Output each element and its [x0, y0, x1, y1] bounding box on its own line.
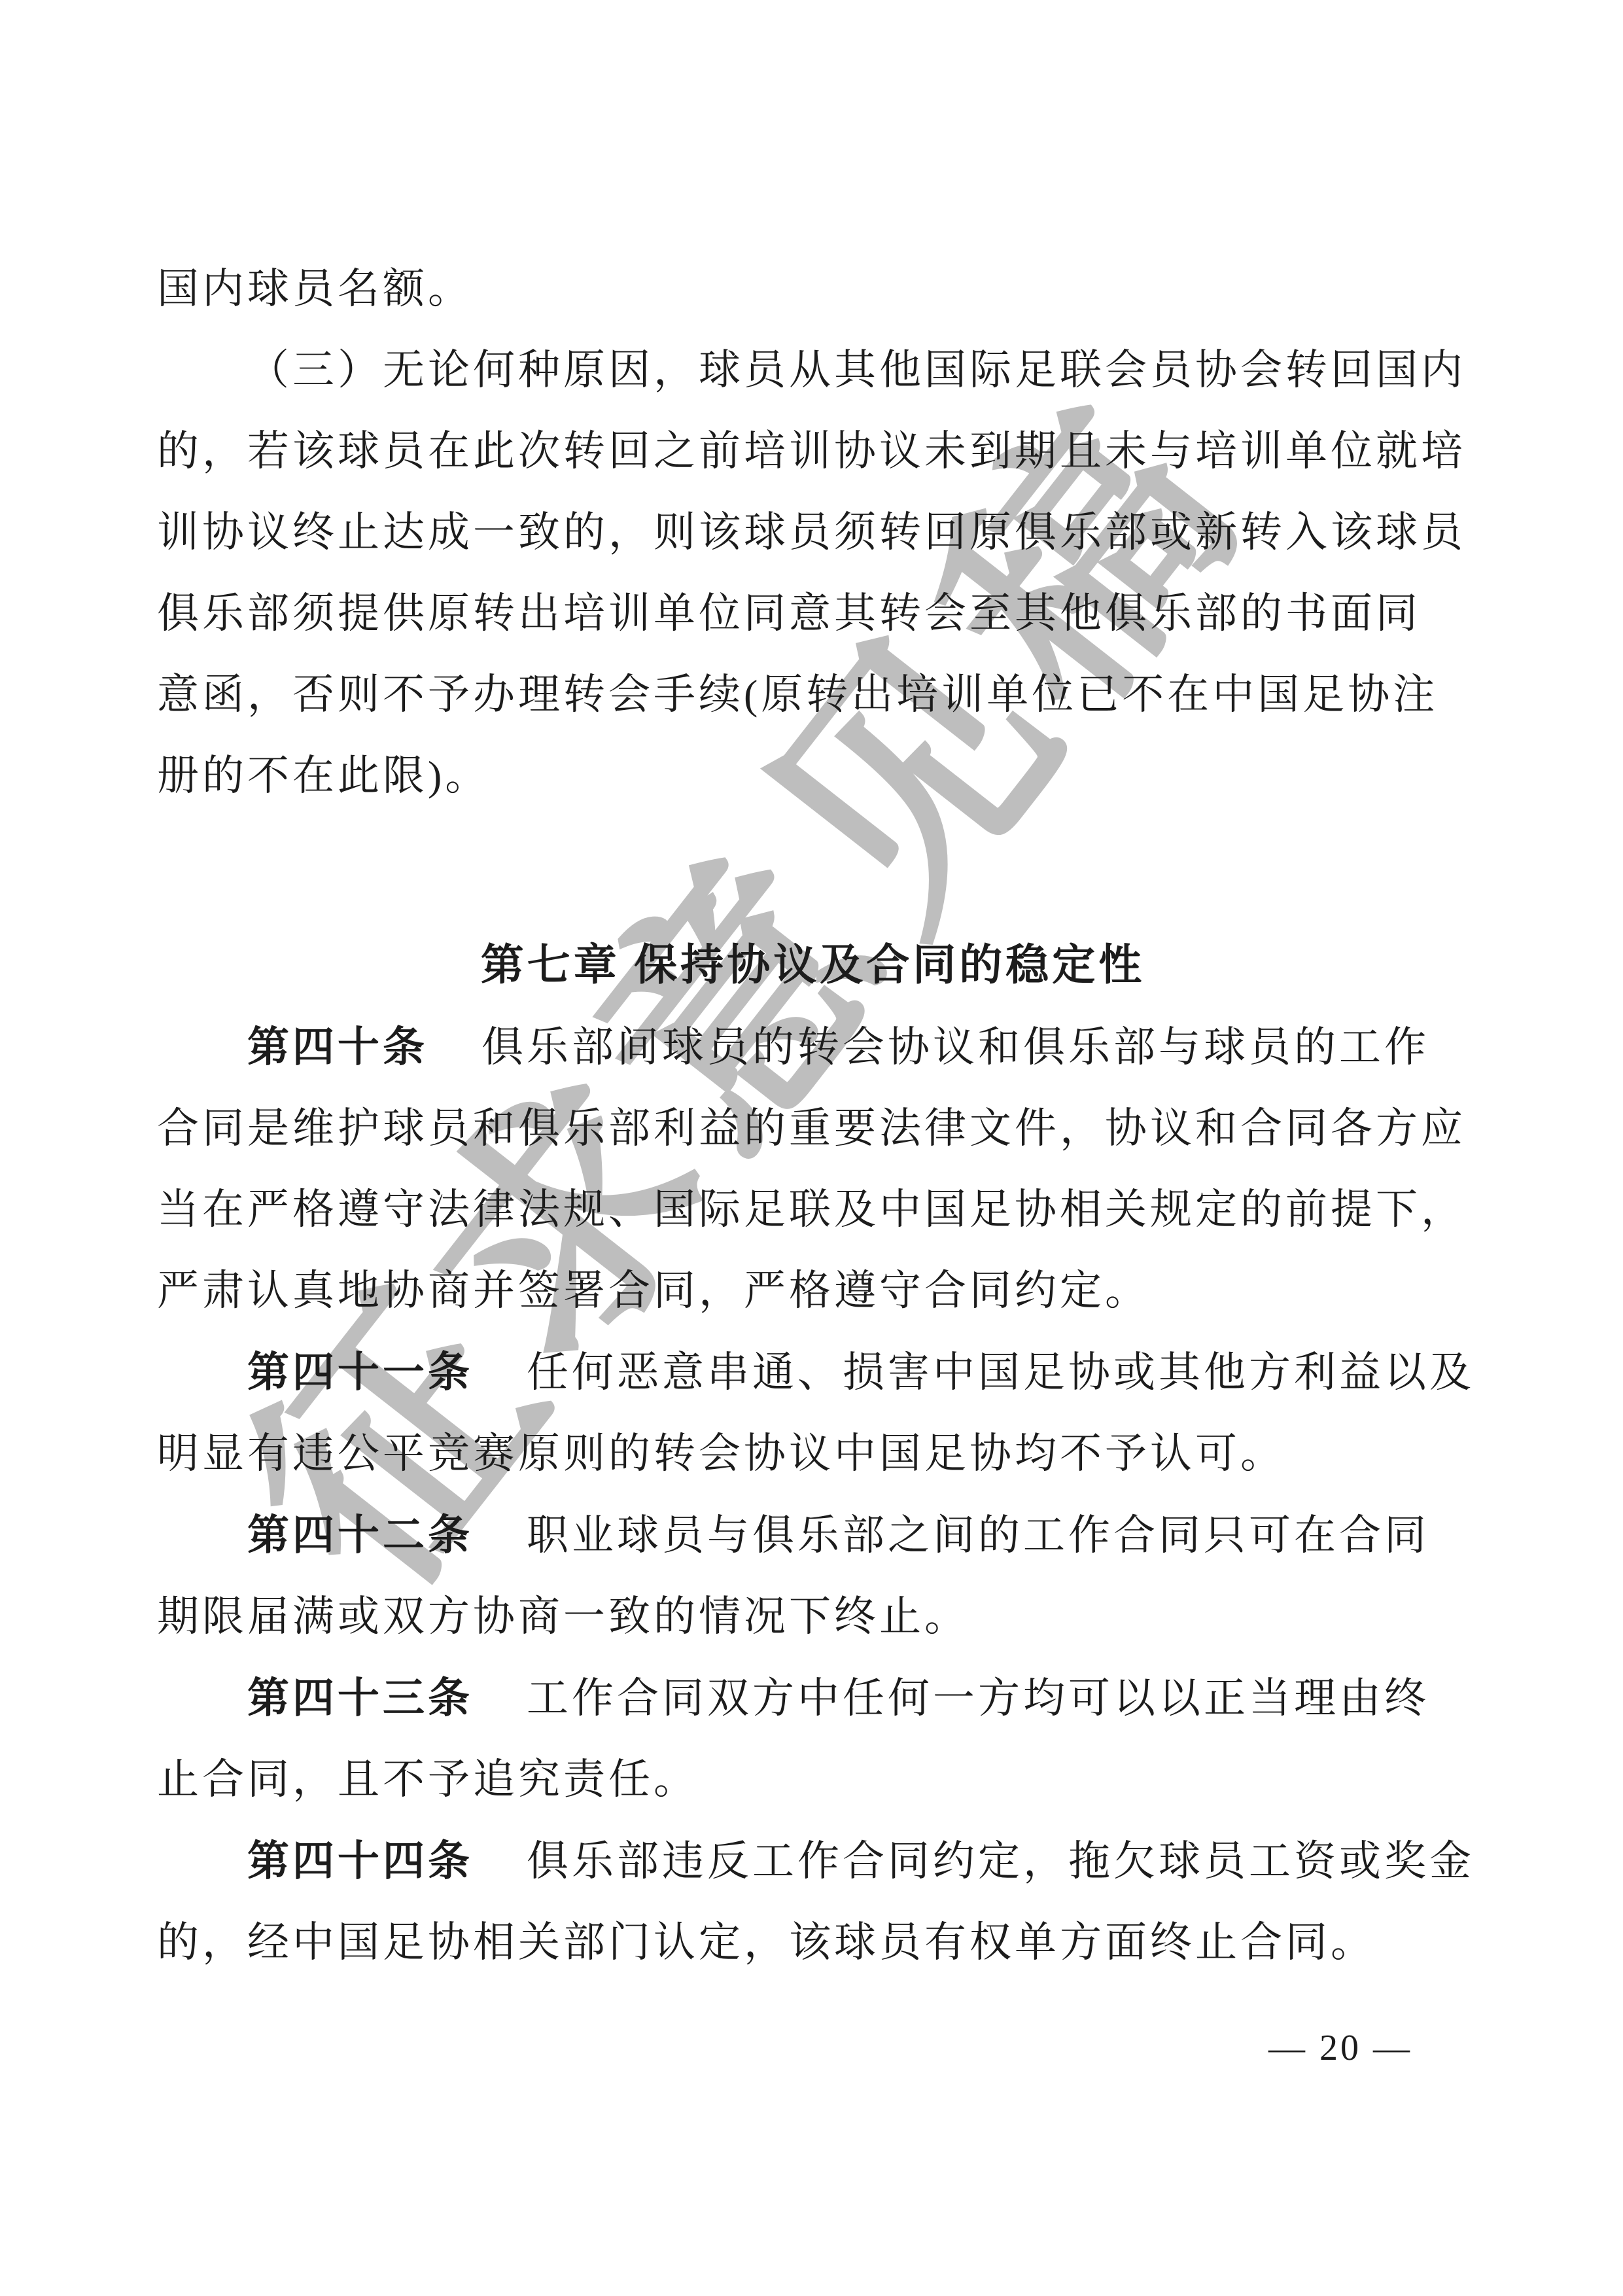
body-line: 止合同，且不予追究责任。: [157, 1739, 1469, 1820]
body-line: 意函，否则不予办理转会手续(原转出培训单位已不在中国足协注: [157, 654, 1469, 735]
body-line: 明显有违公平竞赛原则的转会协议中国足协均不予认可。: [157, 1413, 1469, 1494]
document-body: 国内球员名额。（三）无论何种原因，球员从其他国际足联会员协会转回国内的，若该球员…: [157, 249, 1469, 1983]
body-line: 的，经中国足协相关部门认定，该球员有权单方面终止合同。: [157, 1902, 1469, 1983]
article-number: 第四十二条: [247, 1511, 473, 1559]
article-first-line: 第四十条俱乐部间球员的转会协议和俱乐部与球员的工作: [157, 1006, 1469, 1088]
body-line: 册的不在此限)。: [157, 735, 1469, 817]
article-number: 第四十三条: [247, 1674, 473, 1722]
body-line: 训协议终止达成一致的，则该球员须转回原俱乐部或新转入该球员: [157, 492, 1469, 573]
article-first-line: 第四十一条任何恶意串通、损害中国足协或其他方利益以及: [157, 1332, 1469, 1413]
article-text: 任何恶意串通、损害中国足协或其他方利益以及: [527, 1349, 1475, 1396]
body-line: 的，若该球员在此次转回之前培训协议未到期且未与培训单位就培: [157, 411, 1469, 492]
body-line: 合同是维护球员和俱乐部利益的重要法律文件，协议和合同各方应: [157, 1088, 1469, 1169]
page-number: — 20 —: [1268, 2027, 1412, 2069]
body-line: 期限届满或双方协商一致的情况下终止。: [157, 1576, 1469, 1657]
body-line: 当在严格遵守法律法规、国际足联及中国足协相关规定的前提下，: [157, 1169, 1469, 1250]
article-first-line: 第四十二条职业球员与俱乐部之间的工作合同只可在合同: [157, 1494, 1469, 1576]
article-text: 俱乐部间球员的转会协议和俱乐部与球员的工作: [481, 1024, 1429, 1070]
article-number: 第四十一条: [247, 1349, 473, 1396]
article-text: 工作合同双方中任何一方均可以以正当理由终: [527, 1675, 1429, 1722]
document-page: 征求意见稿 国内球员名额。（三）无论何种原因，球员从其他国际足联会员协会转回国内…: [0, 0, 1623, 2296]
article-number: 第四十四条: [247, 1837, 473, 1884]
body-line: 国内球员名额。: [157, 249, 1469, 330]
body-line: 俱乐部须提供原转出培训单位同意其转会至其他俱乐部的书面同: [157, 573, 1469, 654]
article-first-line: 第四十四条俱乐部违反工作合同约定，拖欠球员工资或奖金: [157, 1820, 1469, 1902]
article-number: 第四十条: [247, 1023, 428, 1070]
body-line: 严肃认真地协商并签署合同，严格遵守合同约定。: [157, 1250, 1469, 1332]
chapter-heading: 第七章 保持协议及合同的稳定性: [157, 925, 1469, 1006]
article-text: 职业球员与俱乐部之间的工作合同只可在合同: [527, 1512, 1429, 1559]
body-line: （三）无论何种原因，球员从其他国际足联会员协会转回国内: [157, 330, 1469, 411]
article-first-line: 第四十三条工作合同双方中任何一方均可以以正当理由终: [157, 1657, 1469, 1739]
article-text: 俱乐部违反工作合同约定，拖欠球员工资或奖金: [527, 1838, 1475, 1884]
